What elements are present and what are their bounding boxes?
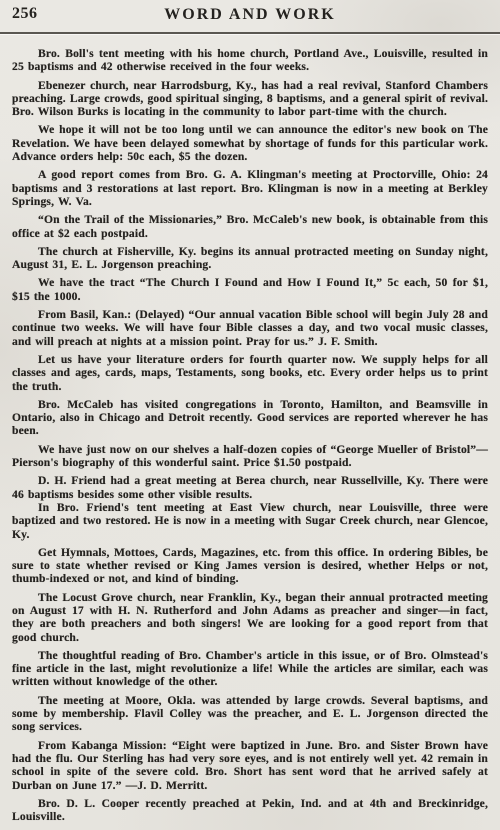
paragraph: The meeting at Moore, Okla. was attended…	[12, 694, 488, 734]
paragraph: The thoughtful reading of Bro. Chamber's…	[12, 649, 488, 689]
paragraph: Let us have your literature orders for f…	[12, 353, 488, 393]
paragraph: We hope it will not be too long until we…	[12, 123, 488, 163]
scanned-document-page: 256 WORD AND WORK Bro. Boll's tent meeti…	[0, 0, 500, 830]
paragraph: Get Hymnals, Mottoes, Cards, Magazines, …	[12, 546, 488, 586]
paragraph: From Kabanga Mission: “Eight were baptiz…	[12, 739, 488, 792]
paragraph: “On the Trail of the Missionaries,” Bro.…	[12, 213, 488, 240]
page-header: 256 WORD AND WORK	[0, 0, 500, 30]
paragraph: The church at Fisherville, Ky. begins it…	[12, 245, 488, 272]
paragraph: The Locust Grove church, near Franklin, …	[12, 591, 488, 644]
paragraph: D. H. Friend had a great meeting at Bere…	[12, 474, 488, 501]
paragraph: We have the tract “The Church I Found an…	[12, 276, 488, 303]
paragraph: A good report comes from Bro. G. A. Klin…	[12, 168, 488, 208]
paragraph: Bro. Boll's tent meeting with his home c…	[12, 47, 488, 74]
paragraph: We have just now on our shelves a half-d…	[12, 443, 488, 470]
paragraph: In Bro. Friend's tent meeting at East Vi…	[12, 501, 488, 541]
page-title: WORD AND WORK	[0, 6, 500, 24]
paragraph: Bro. McCaleb has visited congregations i…	[12, 398, 488, 438]
paragraph: Bro. D. L. Cooper recently preached at P…	[12, 797, 488, 824]
paragraph: Ebenezer church, near Harrodsburg, Ky., …	[12, 79, 488, 119]
paragraph: From Basil, Kan.: (Delayed) “Our annual …	[12, 308, 488, 348]
page-number: 256	[12, 5, 38, 23]
page-body-text: Bro. Boll's tent meeting with his home c…	[0, 34, 500, 823]
